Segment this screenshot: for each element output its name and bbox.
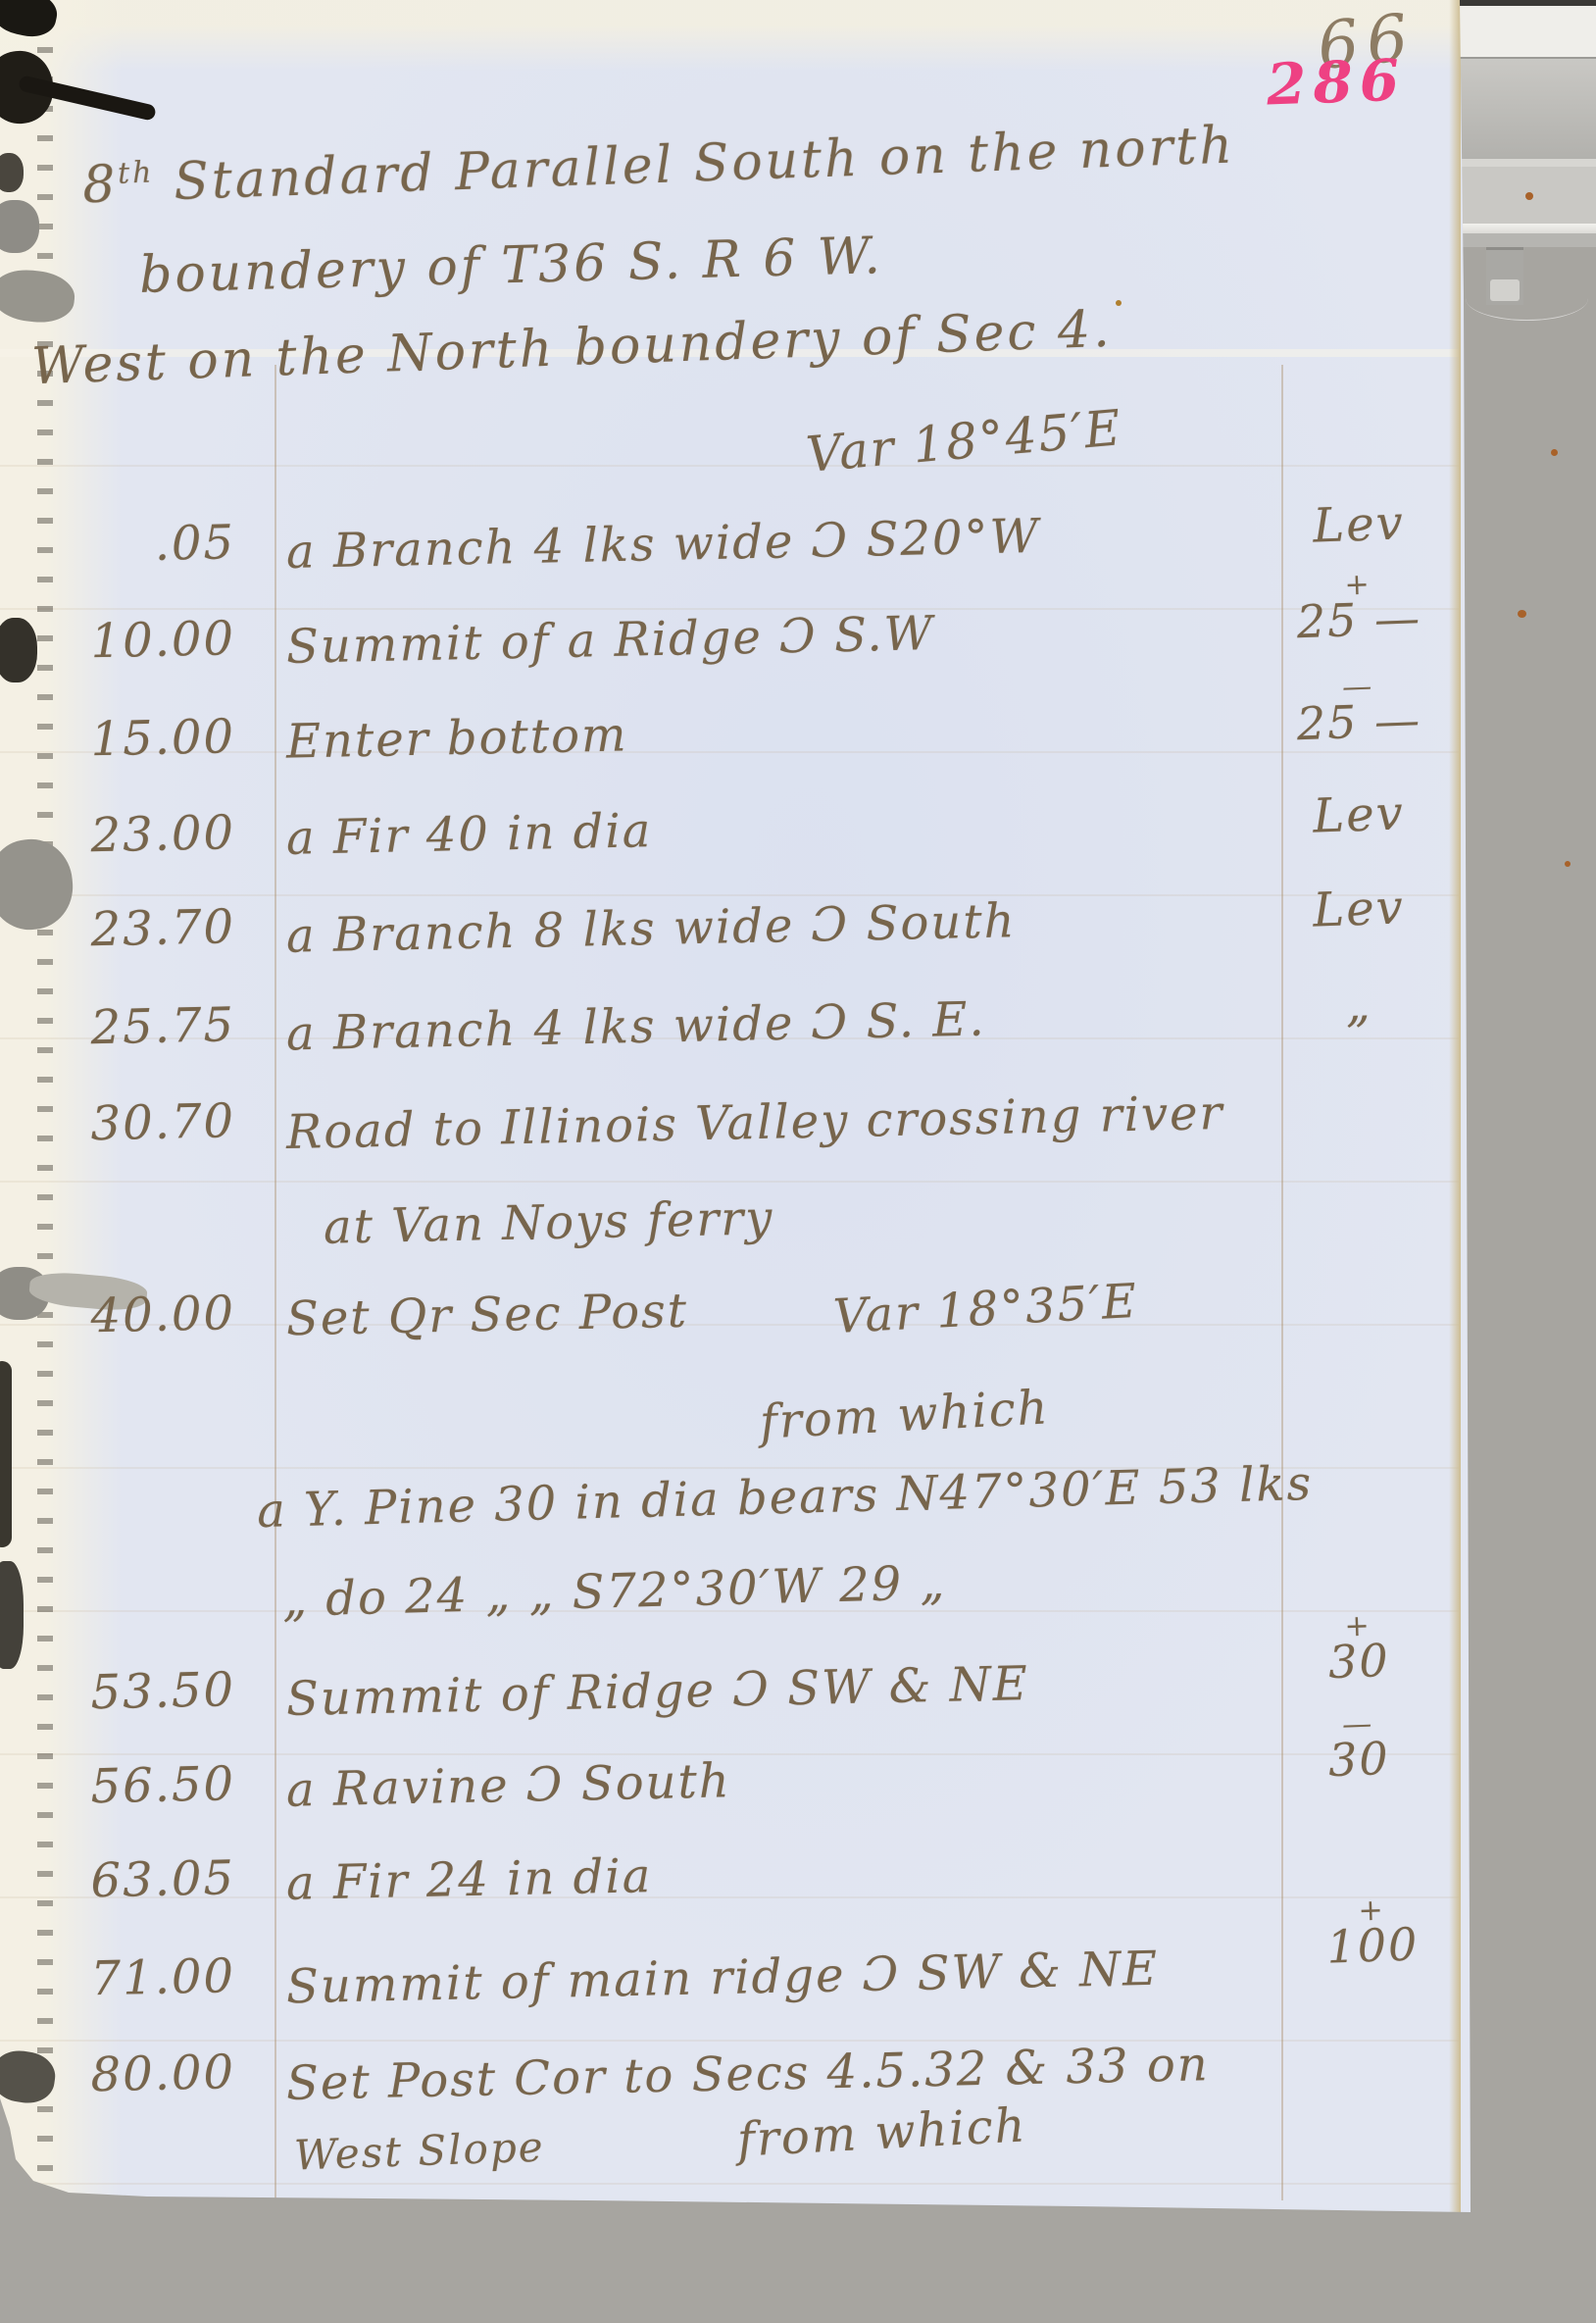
entry-level-value: 25 — [1290, 594, 1429, 646]
entry-level: Lev [1289, 788, 1428, 842]
header-line-1-start: 8 [81, 155, 119, 215]
entry-description: Summit of a Ridge Ɔ S.W [286, 609, 935, 672]
rust-speck [1525, 192, 1533, 200]
entry-distance: 30.70 [64, 1096, 235, 1149]
rust-speck [1551, 449, 1558, 456]
header-line-2: boundery of T36 S. R 6 W. [138, 229, 883, 302]
entry-level-value: 30 [1290, 1734, 1429, 1786]
entry-distance: 56.50 [64, 1759, 235, 1812]
torn-edge-blob [0, 267, 76, 326]
header-line-1-superscript: th [117, 156, 155, 191]
header-line-1-rest: Standard Parallel South on the north [154, 116, 1236, 212]
entry-level-value: 30 [1290, 1636, 1429, 1688]
entry-description: a Ravine Ɔ South [286, 1756, 732, 1815]
entry-distance: 10.00 [64, 614, 235, 667]
column-rule-left [274, 365, 276, 2200]
entry-distance: 23.00 [64, 808, 235, 861]
scanner-bright-bar [1459, 6, 1596, 59]
torn-edge-blob [0, 618, 37, 682]
scanner-band [1459, 233, 1596, 247]
entry-level: +30 [1289, 1616, 1428, 1688]
entry-description: Set Qr Sec Post [286, 1287, 689, 1344]
entry-distance: 15.00 [64, 712, 235, 765]
rust-speck [1565, 861, 1571, 867]
torn-edge-blob [0, 1561, 24, 1669]
entry-distance: 25.75 [64, 1000, 235, 1053]
notebook-page: 66 286 8th Standard Parallel South on th… [0, 0, 1471, 2220]
scanner-scratch [1466, 277, 1588, 321]
scanner-rail [1459, 224, 1596, 233]
entry-distance: .05 [64, 518, 235, 571]
red-page-number: 286 [1266, 47, 1407, 119]
entry-level: —25 — [1289, 677, 1428, 748]
entry-distance: 71.00 [64, 1951, 235, 2004]
entry-description: a Fir 40 in dia [286, 806, 653, 863]
scanner-ridge [1459, 159, 1596, 167]
entry-level-ditto: „ [1289, 979, 1428, 1033]
entry-level: +25 — [1289, 575, 1428, 646]
entry-description-cont: at Van Noys ferry [324, 1193, 774, 1252]
entry-distance: 80.00 [64, 2047, 235, 2100]
ruled-lines [0, 324, 1459, 2200]
entry-distance: 40.00 [64, 1288, 235, 1341]
entry-description: Enter bottom [286, 710, 628, 767]
entry-distance: 53.50 [64, 1665, 235, 1718]
scanned-field-notes-page: 66 286 8th Standard Parallel South on th… [0, 0, 1596, 2323]
torn-edge-blob [0, 153, 24, 192]
entry-level-value: 100 [1304, 1920, 1443, 1972]
header-line-1: 8th Standard Parallel South on the north [81, 119, 1235, 213]
paper-edge [1449, 0, 1461, 2212]
entry-distance: 63.05 [64, 1853, 235, 1906]
entry-description-cont: West Slope [293, 2126, 545, 2178]
entry-distance: 23.70 [64, 902, 235, 955]
column-rule-right [1281, 365, 1283, 2200]
entry-level-value: 25 — [1290, 696, 1429, 748]
entry-level: —30 [1289, 1714, 1428, 1786]
torn-edge-blob [0, 200, 39, 253]
entry-description: a Fir 24 in dia [286, 1851, 653, 1908]
entry-level: Lev [1289, 498, 1428, 552]
scanner-band [1459, 59, 1596, 159]
paper-speck [1116, 300, 1122, 306]
entry-level: Lev [1289, 883, 1428, 936]
rust-speck [1518, 610, 1526, 618]
torn-edge-streak [0, 1361, 12, 1547]
entry-level: +100 [1303, 1900, 1442, 1972]
